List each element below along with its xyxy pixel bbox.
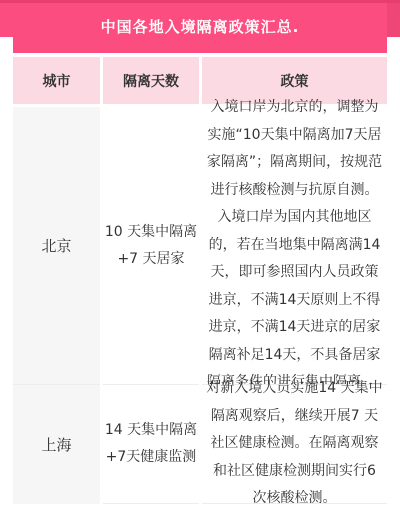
title-banner: 中国各地入境隔离政策汇总. xyxy=(0,0,400,53)
table-row-beijing: 北京 10 天集中隔离 +7 天居家 入境口岸为北京的，调整为实施“10天集中隔… xyxy=(13,107,387,384)
policy-cell: 对新入境人员实施14 天集中隔离观察后，继续开展7 天社区健康检测。在隔离观察和… xyxy=(202,384,387,504)
policy-cell: 入境口岸为北京的，调整为实施“10天集中隔离加7天居家隔离”；隔离期间，按规范进… xyxy=(202,107,387,384)
banner-ribbon-center: 中国各地入境隔离政策汇总. xyxy=(13,0,387,53)
policy-table: 城市 隔离天数 政策 北京 10 天集中隔离 +7 天居家 入境口岸为北京的，调… xyxy=(13,57,387,504)
page-title: 中国各地入境隔离政策汇总. xyxy=(101,16,300,37)
days-line-1: 14 天集中隔离 xyxy=(105,417,197,444)
days-cell: 14 天集中隔离 +7天健康监测 xyxy=(103,384,199,504)
days-line-2: +7 天居家 xyxy=(117,246,184,273)
banner-top-edge xyxy=(0,0,400,3)
header-quarantine-days: 隔离天数 xyxy=(103,57,199,104)
header-city: 城市 xyxy=(13,57,100,104)
city-cell: 上海 xyxy=(13,384,100,504)
policy-text: 对新入境人员实施14 天集中隔离观察后，继续开展7 天社区健康检测。在隔离观察和… xyxy=(206,375,383,511)
quarantine-policy-infographic: 中国各地入境隔离政策汇总. 城市 隔离天数 政策 北京 10 天集中隔离 +7 … xyxy=(0,0,400,504)
table-body: 北京 10 天集中隔离 +7 天居家 入境口岸为北京的，调整为实施“10天集中隔… xyxy=(13,107,387,504)
city-cell: 北京 xyxy=(13,107,100,384)
days-line-1: 10 天集中隔离 xyxy=(105,219,197,246)
days-cell: 10 天集中隔离 +7 天居家 xyxy=(103,107,199,384)
table-row-shanghai: 上海 14 天集中隔离 +7天健康监测 对新入境人员实施14 天集中隔离观察后，… xyxy=(13,384,387,504)
days-line-2: +7天健康监测 xyxy=(106,444,197,471)
banner-ribbon-right-wing xyxy=(387,0,400,37)
policy-text: 入境口岸为北京的，调整为实施“10天集中隔离加7天居家隔离”；隔离期间，按规范进… xyxy=(206,94,383,397)
